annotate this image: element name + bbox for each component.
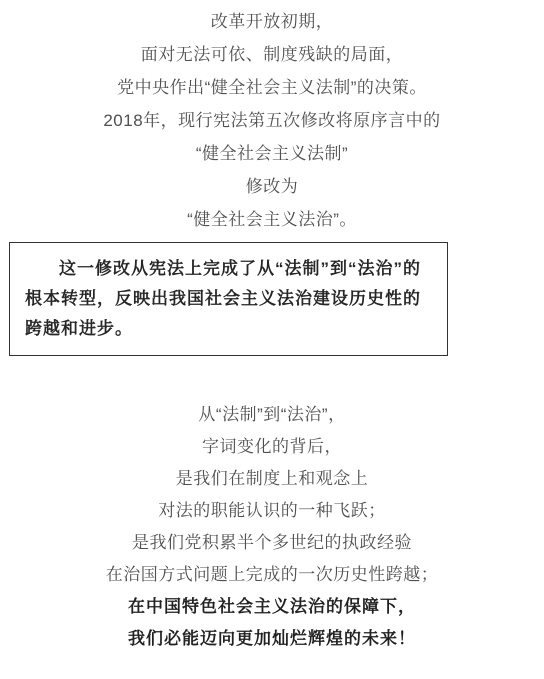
intro-line: 面对无法可依、制度残缺的局面， xyxy=(0,38,544,71)
closing-line: 是我们在制度上和观念上 xyxy=(0,463,544,495)
closing-line: 字词变化的背后， xyxy=(0,431,544,463)
closing-line: 在治国方式问题上完成的一次历史性跨越； xyxy=(0,559,544,591)
closing-paragraph: 从“法制”到“法治”， 字词变化的背后， 是我们在制度上和观念上 对法的职能认识… xyxy=(0,399,544,655)
highlight-quote-box: 这一修改从宪法上完成了从“法制”到“法治”的根本转型，反映出我国社会主义法治建设… xyxy=(9,242,448,356)
closing-line-emphasis: 在中国特色社会主义法治的保障下， xyxy=(0,591,544,623)
closing-line: 是我们党积累半个多世纪的执政经验 xyxy=(0,527,544,559)
intro-line: 修改为 xyxy=(0,170,544,203)
closing-line: 从“法制”到“法治”， xyxy=(0,399,544,431)
intro-line: “健全社会主义法制” xyxy=(0,137,544,170)
intro-line: 2018年，现行宪法第五次修改将原序言中的 xyxy=(0,104,544,137)
intro-paragraph: 改革开放初期， 面对无法可依、制度残缺的局面， 党中央作出“健全社会主义法制”的… xyxy=(0,5,544,236)
closing-line-emphasis: 我们必能迈向更加灿烂辉煌的未来！ xyxy=(0,623,544,655)
closing-line: 对法的职能认识的一种飞跃； xyxy=(0,495,544,527)
highlight-quote-text: 这一修改从宪法上完成了从“法制”到“法治”的根本转型，反映出我国社会主义法治建设… xyxy=(25,254,433,344)
article-page: 改革开放初期， 面对无法可依、制度残缺的局面， 党中央作出“健全社会主义法制”的… xyxy=(0,0,544,679)
intro-line: 党中央作出“健全社会主义法制”的决策。 xyxy=(0,71,544,104)
intro-line: “健全社会主义法治”。 xyxy=(0,203,544,236)
intro-line: 改革开放初期， xyxy=(0,5,544,38)
